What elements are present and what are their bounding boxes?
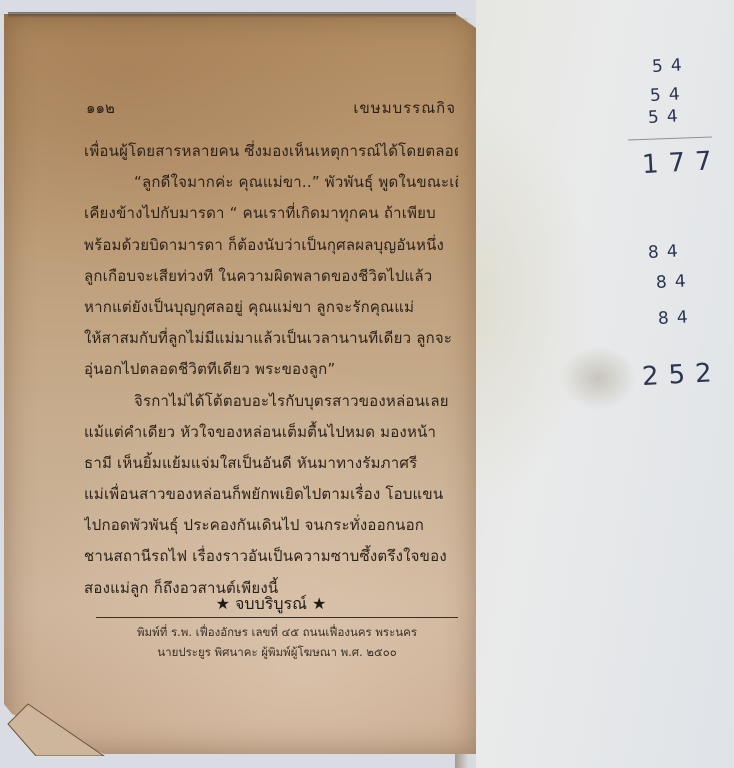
text-line: แม้แต่คำเดียว หัวใจของหล่อนเต็มตื้นไปหมด… xyxy=(84,417,458,448)
text-line: แม่เพื่อนสาวของหล่อนก็พยักพเยิดไปตามเรื่… xyxy=(84,479,458,510)
page-number: ๑๑๒ xyxy=(86,96,115,120)
text-line: ไปกอดพัวพันธุ์ ประคองกันเดินไป จนกระทั่ง… xyxy=(84,510,458,541)
note-number: 54 xyxy=(652,55,691,77)
note-number: 54 xyxy=(650,84,689,106)
printer-imprint: พิมพ์ที่ ร.พ. เฟื่องอักษร เลขที่ ๔๕ ถนนเ… xyxy=(96,622,458,662)
text-line: จิรกาไม่ได้โต้ตอบอะไรกับบุตรสาวของหล่อนเ… xyxy=(84,386,458,417)
imprint-line: นายประยูร พิศนาคะ ผู้พิมพ์ผู้โฆษณา พ.ศ. … xyxy=(96,642,458,662)
text-line: เพื่อนผู้โดยสารหลายคน ซึ่งมองเห็นเหตุการ… xyxy=(84,136,458,167)
text-line: ลูกเกือบจะเสียท่วงที ในความผิดพลาดของชีว… xyxy=(84,261,458,292)
text-line: หากแต่ยังเป็นบุญกุศลอยู่ คุณแม่ขา ลูกจะร… xyxy=(84,292,458,323)
body-text: เพื่อนผู้โดยสารหลายคน ซึ่งมองเห็นเหตุการ… xyxy=(84,136,458,604)
page-top-edge xyxy=(8,12,456,18)
note-number: 84 xyxy=(658,307,697,329)
text-line: ชานสถานีรถไฟ เรื่องราวอันเป็นความซาบซึ้ง… xyxy=(84,541,458,572)
imprint-divider xyxy=(96,617,458,618)
book-photo: ๑๑๒ เขษมบรรณกิจ เพื่อนผู้โดยสารหลายคน ซึ… xyxy=(0,0,734,768)
note-total: 252 xyxy=(641,358,722,392)
note-number: 54 xyxy=(648,106,687,128)
running-title: เขษมบรรณกิจ xyxy=(353,96,456,120)
text-line: พร้อมด้วยบิดามารดา ก็ต้องนับว่าเป็นกุศลผ… xyxy=(84,230,458,261)
text-line: ธามี เห็นยิ้มแย้มแจ่มใสเป็นอันดี หันมาทา… xyxy=(84,448,458,479)
the-end-mark: ★ จบบริบูรณ์ ★ xyxy=(84,592,458,617)
folded-corner-icon xyxy=(6,700,106,756)
text-line: เคียงข้างไปกับมารดา “ คนเราที่เกิดมาทุกค… xyxy=(84,198,458,229)
running-head: ๑๑๒ เขษมบรรณกิจ xyxy=(86,96,456,116)
text-line: “ลูกดีใจมากค่ะ คุณแม่ขา..” พัวพันธุ์ พูด… xyxy=(84,167,458,198)
note-number: 84 xyxy=(648,241,687,263)
imprint-line: พิมพ์ที่ ร.พ. เฟื่องอักษร เลขที่ ๔๕ ถนนเ… xyxy=(96,622,458,642)
note-total: 177 xyxy=(641,146,722,180)
text-line: อุ่นอกไปตลอดชีวิตทีเดียว พระของลูก” xyxy=(84,354,458,385)
note-number: 84 xyxy=(656,271,695,293)
text-line: ให้สาสมกับที่ลูกไม่มีแม่มาแล้วเป็นเวลานา… xyxy=(84,323,458,354)
